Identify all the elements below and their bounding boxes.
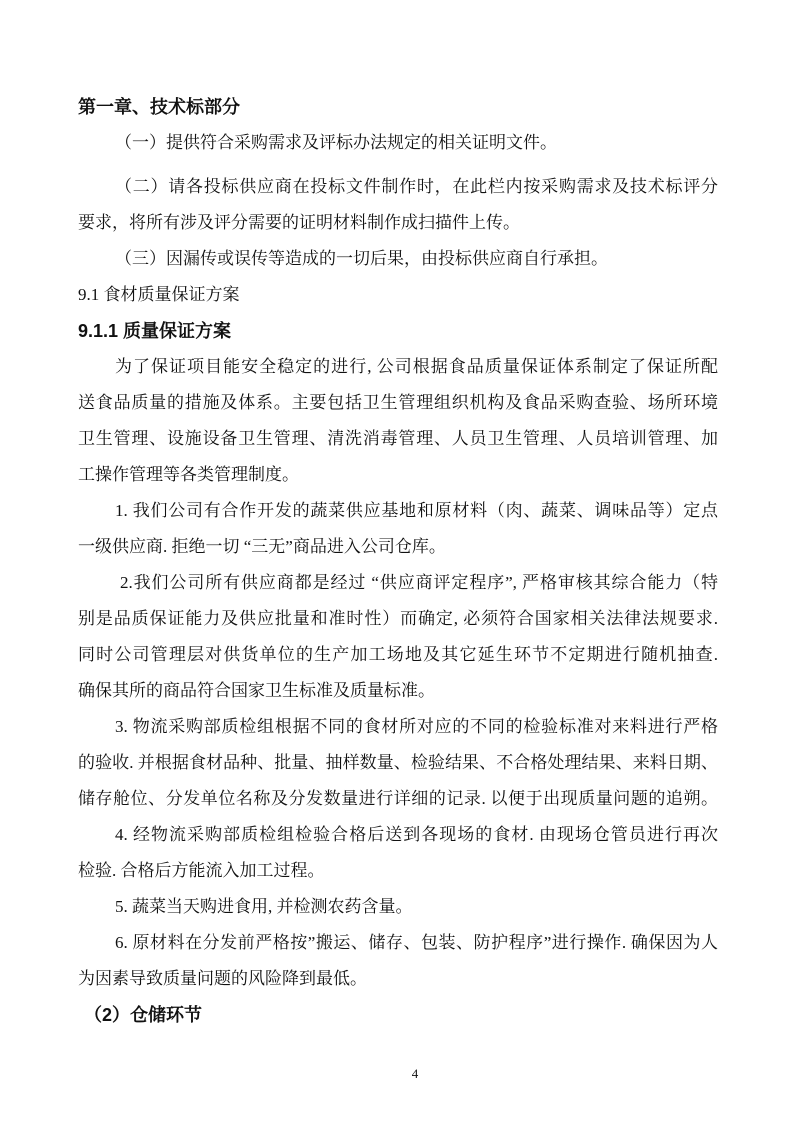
text-line: 要求，将所有涉及评分需要的证明材料制作成扫描件上传。 xyxy=(78,205,718,241)
text-line: 为因素导致质量问题的风险降到最低。 xyxy=(78,961,718,997)
text-line: 为了保证项目能安全稳定的进行, 公司根据食品质量保证体系制定了保证所配 xyxy=(78,349,718,385)
text-line: 2.我们公司所有供应商都是经过 “供应商评定程序”, 严格审核其综合能力（特 xyxy=(78,565,718,601)
text-line: 别是品质保证能力及供应批量和准时性）而确定, 必须符合国家相关法律法规要求. xyxy=(78,601,718,637)
text-line: 1. 我们公司有合作开发的蔬菜供应基地和原材料（肉、蔬菜、调味品等）定点 xyxy=(78,493,718,529)
text-line: 卫生管理、设施设备卫生管理、清洗消毒管理、人员卫生管理、人员培训管理、加 xyxy=(78,421,718,457)
text-line: 工操作管理等各类管理制度。 xyxy=(78,457,718,493)
text-line: 6. 原材料在分发前严格按”搬运、储存、包装、防护程序”进行操作. 确保因为人 xyxy=(78,925,718,961)
text-line: （一）提供符合采购需求及评标办法规定的相关证明文件。 xyxy=(78,125,718,161)
heading-line: 9.1.1 质量保证方案 xyxy=(78,313,718,349)
text-line: 检验. 合格后方能流入加工过程。 xyxy=(78,853,718,889)
text-line: （二）请各投标供应商在投标文件制作时，在此栏内按采购需求及技术标评分 xyxy=(78,169,718,205)
text-line: 一级供应商. 拒绝一切 “三无”商品进入公司仓库。 xyxy=(78,529,718,565)
text-line: 储存舱位、分发单位名称及分发数量进行详细的记录. 以便于出现质量问题的追朔。 xyxy=(78,781,718,817)
text-line: 4. 经物流采购部质检组检验合格后送到各现场的食材. 由现场仓管员进行再次 xyxy=(78,817,718,853)
page-number: 4 xyxy=(78,1064,752,1084)
text-line: （三）因漏传或误传等造成的一切后果，由投标供应商自行承担。 xyxy=(78,241,718,277)
heading-line: 第一章、技术标部分 xyxy=(78,89,718,125)
text-line: 确保其所的商品符合国家卫生标准及质量标准。 xyxy=(78,673,718,709)
text-line: 的验收. 并根据食材品种、批量、抽样数量、检验结果、不合格处理结果、来料日期、 xyxy=(78,745,718,781)
text-line: 送食品质量的措施及体系。主要包括卫生管理组织机构及食品采购查验、场所环境 xyxy=(78,385,718,421)
text-line: 9.1 食材质量保证方案 xyxy=(78,277,718,313)
heading-line: （2）仓储环节 xyxy=(78,997,718,1033)
text-line: 5. 蔬菜当天购进食用, 并检测农药含量。 xyxy=(78,889,718,925)
text-line: 3. 物流采购部质检组根据不同的食材所对应的不同的检验标准对来料进行严格 xyxy=(78,709,718,745)
document-body: 第一章、技术标部分（一）提供符合采购需求及评标办法规定的相关证明文件。（二）请各… xyxy=(78,89,718,1033)
document-page: 第一章、技术标部分（一）提供符合采购需求及评标办法规定的相关证明文件。（二）请各… xyxy=(0,0,794,1123)
text-line: 同时公司管理层对供货单位的生产加工场地及其它延生环节不定期进行随机抽查. xyxy=(78,637,718,673)
